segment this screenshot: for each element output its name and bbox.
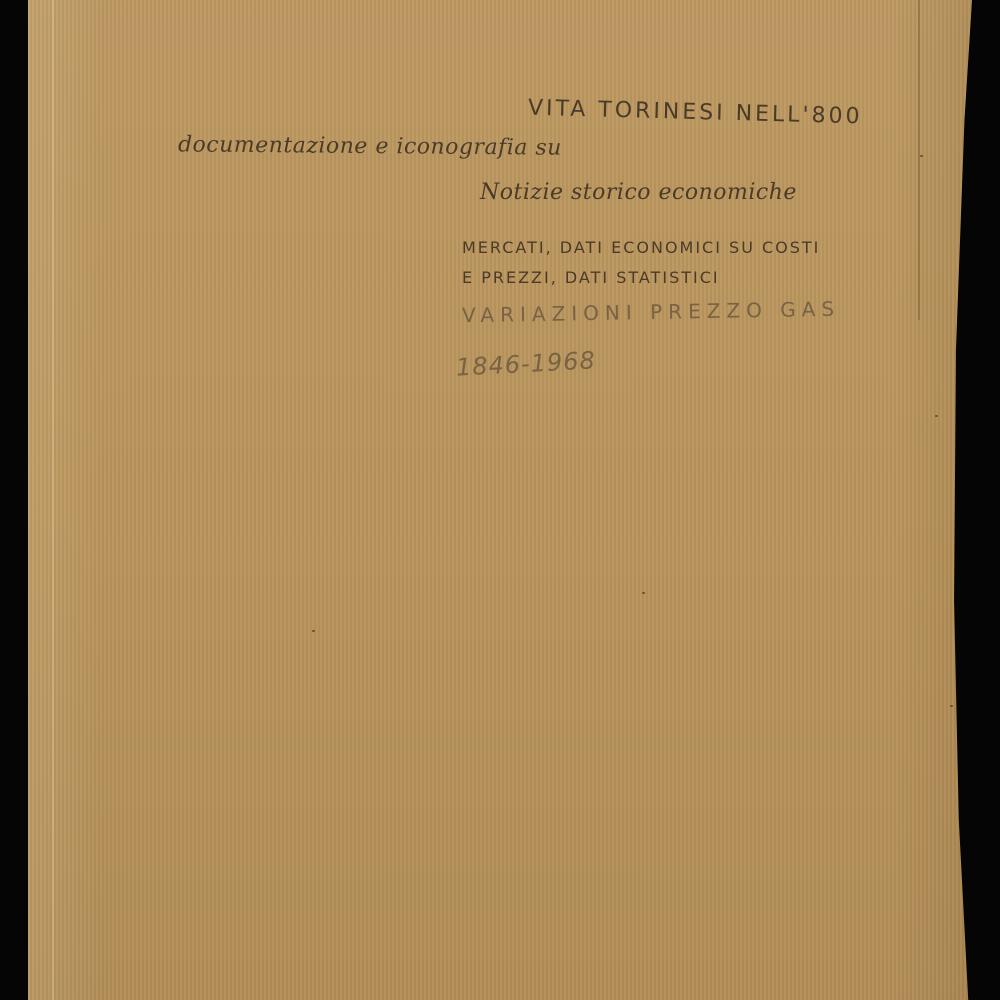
paper-speck [642,592,645,594]
paper-speck [312,630,315,632]
fold-line-left [52,0,54,1000]
handwritten-topic: Notizie storico economiche [480,180,797,205]
paper-speck [920,155,923,157]
scanned-document: VITA TORINESI NELL'800 documentazione e … [0,0,1000,1000]
handwritten-subtitle: documentazione e iconografia su [178,132,562,160]
paper-speck [935,415,938,417]
paper-speck [950,705,953,707]
handwritten-category-line-2: E PREZZI, DATI STATISTICI [462,268,720,287]
fold-line-right [918,0,920,320]
handwritten-category-line-1: MERCATI, DATI ECONOMICI SU COSTI [462,238,820,257]
